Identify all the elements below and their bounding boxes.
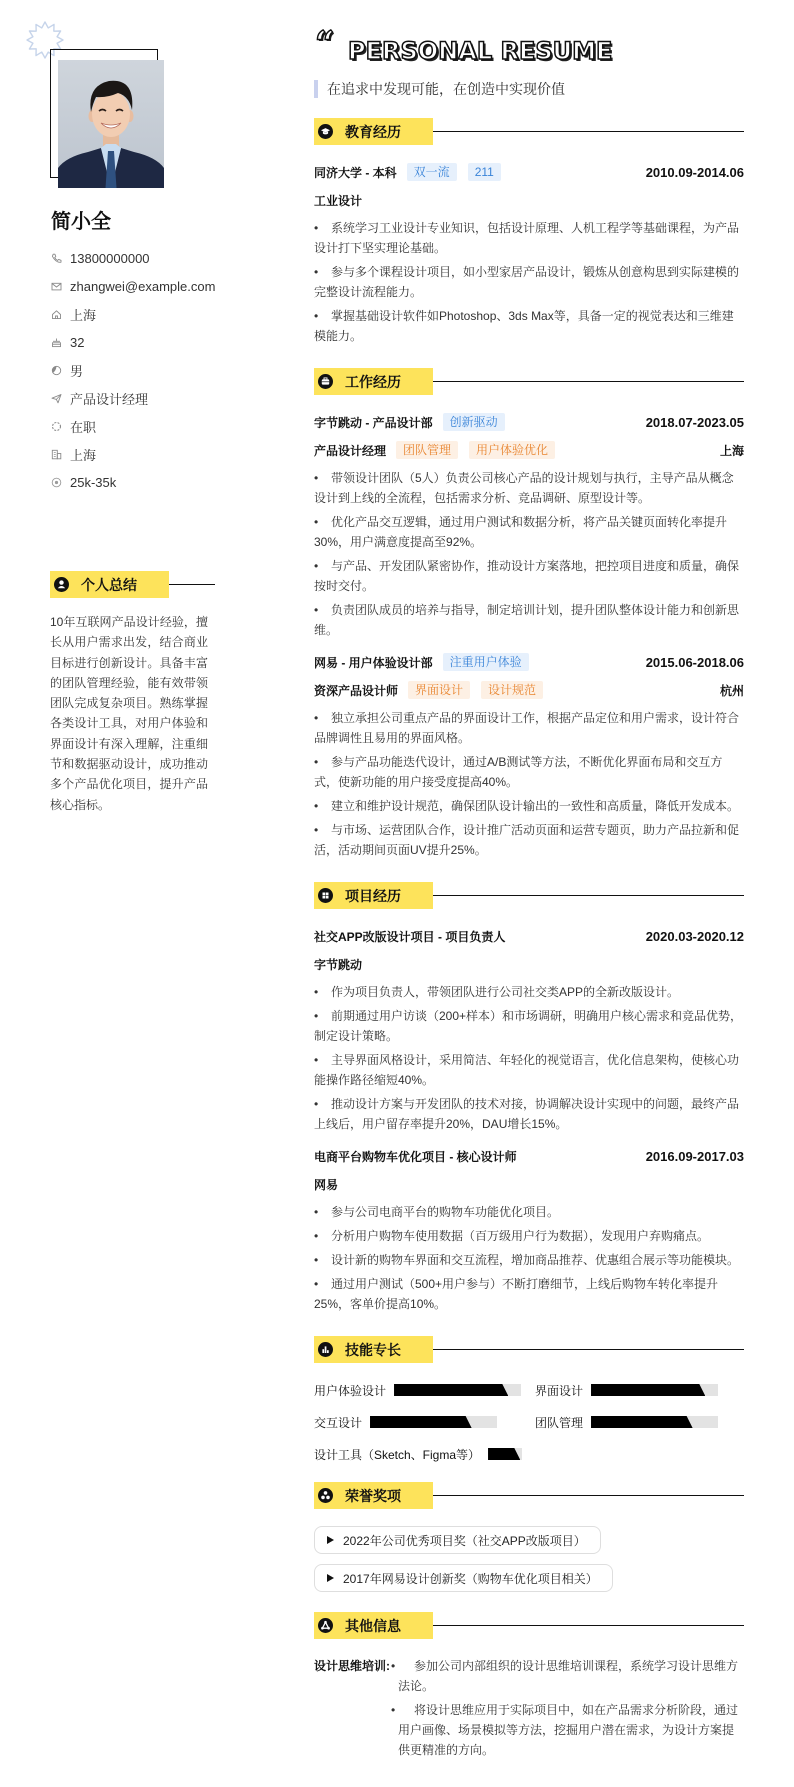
bullet-text: 前期通过用户访谈（200+样本）和市场调研，明确用户核心需求和竞品优势，制定设计… bbox=[314, 1009, 742, 1043]
candidate-name: 简小全 bbox=[51, 210, 111, 234]
contact-value: 上海 bbox=[70, 305, 96, 324]
skill-bar-fill bbox=[370, 1416, 472, 1428]
skill-bar bbox=[591, 1416, 718, 1428]
project-entry: 电商平台购物车优化项目 - 核心设计师 2016.09-2017.03 网易 •… bbox=[314, 1146, 744, 1314]
entry-sub-row: 工业设计 bbox=[314, 190, 744, 210]
section-header: 教育经历 bbox=[314, 118, 744, 145]
bullet-dot: • bbox=[314, 468, 331, 488]
award-icon bbox=[318, 1488, 333, 1503]
section-title: 个人总结 bbox=[81, 575, 137, 595]
section-title-box: 其他信息 bbox=[314, 1612, 433, 1639]
section-title: 工作经历 bbox=[345, 372, 401, 392]
section-title-box: 技能专长 bbox=[314, 1336, 433, 1363]
contact-hometown: 上海 bbox=[51, 300, 221, 328]
bullet-item: •作为项目负责人，带领团队进行公司社交类APP的全新改版设计。 bbox=[314, 982, 744, 1002]
contact-list: 13800000000 zhangwei@example.com 上海 32 男… bbox=[51, 244, 221, 496]
section-header: 个人总结 bbox=[50, 571, 215, 598]
bullet-dot: • bbox=[314, 262, 331, 282]
bullet-dot: • bbox=[314, 1226, 331, 1246]
bullet-text: 参与产品功能迭代设计，通过A/B测试等方法，不断优化界面布局和交互方式，使新功能… bbox=[314, 755, 722, 789]
skill-item: 团队管理 bbox=[535, 1412, 744, 1432]
school-tag: 211 bbox=[468, 163, 501, 181]
section-title: 项目经历 bbox=[345, 886, 401, 906]
bullet-dot: • bbox=[314, 820, 331, 840]
salary-icon bbox=[51, 477, 62, 488]
contact-job-intention: 产品设计经理 bbox=[51, 384, 221, 412]
bullet-dot: • bbox=[314, 1202, 331, 1222]
bullet-dot: • bbox=[314, 306, 331, 326]
honors-section: 荣誉奖项 2022年公司优秀项目奖（社交APP改版项目） 2017年网易设计创新… bbox=[314, 1482, 744, 1592]
summary-section: 个人总结 10年互联网产品设计经验，擅长从用户需求出发，结合商业目标进行创新设计… bbox=[50, 571, 215, 815]
bullet-text: 参与公司电商平台的购物车功能优化项目。 bbox=[331, 1205, 559, 1219]
bullet-item: •参加公司内部组织的设计思维培训课程，系统学习设计思维方法论。 bbox=[398, 1656, 742, 1696]
main-column: 教育经历 同济大学 - 本科 双一流 211 2010.09-2014.06 工… bbox=[314, 118, 744, 1764]
section-title-box: 荣誉奖项 bbox=[314, 1482, 433, 1509]
section-header: 工作经历 bbox=[314, 368, 744, 395]
position-tag: 用户体验优化 bbox=[469, 441, 555, 459]
contact-value: zhangwei@example.com bbox=[70, 279, 215, 294]
entry-date: 2020.03-2020.12 bbox=[646, 929, 744, 944]
entry-sub-row: 字节跳动 bbox=[314, 954, 744, 974]
skill-name: 设计工具（Sketch、Figma等） bbox=[314, 1446, 480, 1463]
bullet-dot: • bbox=[391, 1700, 414, 1720]
contact-age: 32 bbox=[51, 328, 221, 356]
skill-name: 界面设计 bbox=[535, 1382, 583, 1399]
contact-city: 上海 bbox=[51, 440, 221, 468]
bullet-dot: • bbox=[314, 1006, 331, 1026]
section-divider bbox=[433, 1349, 744, 1350]
education-section: 教育经历 同济大学 - 本科 双一流 211 2010.09-2014.06 工… bbox=[314, 118, 744, 346]
entry-header-row: 电商平台购物车优化项目 - 核心设计师 2016.09-2017.03 bbox=[314, 1146, 744, 1166]
section-header: 其他信息 bbox=[314, 1612, 744, 1639]
bullet-dot: • bbox=[314, 600, 331, 620]
entry-date: 2016.09-2017.03 bbox=[646, 1149, 744, 1164]
bullet-item: •前期通过用户访谈（200+样本）和市场调研，明确用户核心需求和竞品优势，制定设… bbox=[314, 1006, 744, 1046]
entry-date: 2010.09-2014.06 bbox=[646, 165, 744, 180]
entry-header-left: 网易 - 用户体验设计部 注重用户体验 bbox=[314, 653, 529, 671]
section-divider bbox=[433, 1625, 744, 1626]
bullet-list: •参与公司电商平台的购物车功能优化项目。 •分析用户购物车使用数据（百万级用户行… bbox=[314, 1202, 744, 1314]
bullet-item: •优化产品交互逻辑，通过用户测试和数据分析，将产品关键页面转化率提升30%，用户… bbox=[314, 512, 744, 552]
entry-date: 2018.07-2023.05 bbox=[646, 415, 744, 430]
contact-gender: 男 bbox=[51, 356, 221, 384]
bullet-dot: • bbox=[314, 752, 331, 772]
bullet-dot: • bbox=[314, 512, 331, 532]
section-title: 教育经历 bbox=[345, 122, 401, 142]
award-item[interactable]: 2022年公司优秀项目奖（社交APP改版项目） bbox=[314, 1526, 601, 1554]
skill-item: 用户体验设计 bbox=[314, 1380, 522, 1400]
home-icon bbox=[51, 309, 62, 320]
bullet-item: •独立承担公司重点产品的界面设计工作，根据产品定位和用户需求，设计符合品牌调性且… bbox=[314, 708, 744, 748]
expand-triangle-icon[interactable] bbox=[327, 1536, 334, 1544]
section-title: 荣誉奖项 bbox=[345, 1486, 401, 1506]
project-company: 网易 bbox=[314, 1176, 338, 1193]
user-icon bbox=[54, 577, 69, 592]
bullet-text: 参与多个课程设计项目，如小型家居产品设计，锻炼从创意构思到实际建模的完整设计流程… bbox=[314, 265, 739, 299]
bullet-text: 带领设计团队（5人）负责公司核心产品的设计规划与执行，主导产品从概念设计到上线的… bbox=[314, 471, 734, 505]
contact-value: 25k-35k bbox=[70, 475, 116, 490]
work-location: 上海 bbox=[720, 442, 744, 459]
entry-header-row: 同济大学 - 本科 双一流 211 2010.09-2014.06 bbox=[314, 162, 744, 182]
section-divider bbox=[433, 1495, 744, 1496]
section-title-box: 项目经历 bbox=[314, 882, 433, 909]
bullet-dot: • bbox=[314, 218, 331, 238]
company-name: 字节跳动 - 产品设计部 bbox=[314, 414, 433, 431]
summary-text: 10年互联网产品设计经验，擅长从用户需求出发，结合商业目标进行创新设计。具备丰富… bbox=[50, 612, 208, 815]
skill-item: 界面设计 bbox=[535, 1380, 744, 1400]
entry-date: 2015.06-2018.06 bbox=[646, 655, 744, 670]
entry-sub-left: 产品设计经理 团队管理 用户体验优化 bbox=[314, 441, 555, 459]
bullet-list: •系统学习工业设计专业知识，包括设计原理、人机工程学等基础课程，为产品设计打下坚… bbox=[314, 218, 744, 346]
entry-sub-row: 产品设计经理 团队管理 用户体验优化 上海 bbox=[314, 440, 744, 460]
section-body: 社交APP改版设计项目 - 项目负责人 2020.03-2020.12 字节跳动… bbox=[314, 926, 744, 1314]
bullet-dot: • bbox=[314, 1094, 331, 1114]
bullet-dot: • bbox=[314, 708, 331, 728]
bullet-text: 推动设计方案与开发团队的技术对接，协调解决设计实现中的问题，最终产品上线后，用户… bbox=[314, 1097, 739, 1131]
entry-sub-row: 资深产品设计师 界面设计 设计规范 杭州 bbox=[314, 680, 744, 700]
skills-grid: 用户体验设计 界面设计 交互设计 团队管理 设计工具（Sketch、Figma等… bbox=[314, 1380, 744, 1464]
bullet-dot: • bbox=[314, 982, 331, 1002]
skill-name: 用户体验设计 bbox=[314, 1382, 386, 1399]
phone-icon bbox=[51, 253, 62, 264]
company-tag: 注重用户体验 bbox=[443, 653, 529, 671]
bullet-text: 系统学习工业设计专业知识，包括设计原理、人机工程学等基础课程，为产品设计打下坚实… bbox=[314, 221, 739, 255]
section-body: 同济大学 - 本科 双一流 211 2010.09-2014.06 工业设计 •… bbox=[314, 162, 744, 346]
bullet-dot: • bbox=[314, 1250, 331, 1270]
school-name: 同济大学 - 本科 bbox=[314, 164, 397, 181]
bullet-text: 作为项目负责人，带领团队进行公司社交类APP的全新改版设计。 bbox=[331, 985, 679, 999]
bullet-list: •作为项目负责人，带领团队进行公司社交类APP的全新改版设计。 •前期通过用户访… bbox=[314, 982, 744, 1134]
profile-photo bbox=[58, 60, 164, 188]
projects-section: 项目经历 社交APP改版设计项目 - 项目负责人 2020.03-2020.12… bbox=[314, 882, 744, 1314]
skill-bar bbox=[591, 1384, 718, 1396]
company-name: 网易 - 用户体验设计部 bbox=[314, 654, 433, 671]
expand-triangle-icon[interactable] bbox=[327, 1574, 334, 1582]
send-icon bbox=[51, 393, 62, 404]
graduation-cap-icon bbox=[318, 124, 333, 139]
section-divider bbox=[433, 381, 744, 382]
bullet-text: 优化产品交互逻辑，通过用户测试和数据分析，将产品关键页面转化率提升30%，用户满… bbox=[314, 515, 727, 549]
work-entry: 网易 - 用户体验设计部 注重用户体验 2015.06-2018.06 资深产品… bbox=[314, 652, 744, 860]
gender-icon bbox=[51, 365, 62, 376]
section-divider bbox=[433, 895, 744, 896]
section-divider bbox=[433, 131, 744, 132]
bullet-item: •参与多个课程设计项目，如小型家居产品设计，锻炼从创意构思到实际建模的完整设计流… bbox=[314, 262, 744, 302]
position-name: 产品设计经理 bbox=[314, 442, 386, 459]
bullet-list: •参加公司内部组织的设计思维培训课程，系统学习设计思维方法论。 •将设计思维应用… bbox=[398, 1656, 742, 1764]
bullet-text: 独立承担公司重点产品的界面设计工作，根据产品定位和用户需求，设计符合品牌调性且易… bbox=[314, 711, 739, 745]
bullet-item: •推动设计方案与开发团队的技术对接，协调解决设计实现中的问题，最终产品上线后，用… bbox=[314, 1094, 744, 1134]
building-icon bbox=[51, 449, 62, 460]
contact-status: 在职 bbox=[51, 412, 221, 440]
section-title-box: 工作经历 bbox=[314, 368, 433, 395]
project-name: 电商平台购物车优化项目 - 核心设计师 bbox=[314, 1148, 517, 1165]
bullet-item: •主导界面风格设计，采用简洁、年轻化的视觉语言，优化信息架构，使核心功能操作路径… bbox=[314, 1050, 744, 1090]
entry-header-left: 字节跳动 - 产品设计部 创新驱动 bbox=[314, 413, 505, 431]
bullet-item: •设计新的购物车界面和交互流程，增加商品推荐、优惠组合展示等功能模块。 bbox=[314, 1250, 744, 1270]
skill-bar-fill bbox=[394, 1384, 508, 1396]
bullet-dot: • bbox=[314, 1050, 331, 1070]
grid-icon bbox=[318, 888, 333, 903]
bar-chart-icon bbox=[318, 1342, 333, 1357]
skill-bar-fill bbox=[488, 1448, 520, 1460]
project-entry: 社交APP改版设计项目 - 项目负责人 2020.03-2020.12 字节跳动… bbox=[314, 926, 744, 1134]
work-location: 杭州 bbox=[720, 682, 744, 699]
section-header: 技能专长 bbox=[314, 1336, 744, 1363]
skill-name: 交互设计 bbox=[314, 1414, 362, 1431]
entry-sub-row: 网易 bbox=[314, 1174, 744, 1194]
entry-header-row: 社交APP改版设计项目 - 项目负责人 2020.03-2020.12 bbox=[314, 926, 744, 946]
position-tag: 设计规范 bbox=[481, 681, 543, 699]
entry-header-left: 同济大学 - 本科 双一流 211 bbox=[314, 163, 501, 181]
bullet-item: •参与公司电商平台的购物车功能优化项目。 bbox=[314, 1202, 744, 1222]
bullet-text: 参加公司内部组织的设计思维培训课程，系统学习设计思维方法论。 bbox=[398, 1659, 738, 1693]
work-entry: 字节跳动 - 产品设计部 创新驱动 2018.07-2023.05 产品设计经理… bbox=[314, 412, 744, 640]
work-section: 工作经历 字节跳动 - 产品设计部 创新驱动 2018.07-2023.05 产… bbox=[314, 368, 744, 860]
other-info-item: 设计思维培训: •参加公司内部组织的设计思维培训课程，系统学习设计思维方法论。 … bbox=[314, 1656, 744, 1764]
position-tag: 界面设计 bbox=[408, 681, 470, 699]
bullet-text: 掌握基础设计软件如Photoshop、3ds Max等，具备一定的视觉表达和三维… bbox=[314, 309, 734, 343]
bullet-text: 主导界面风格设计，采用简洁、年轻化的视觉语言，优化信息架构，使核心功能操作路径缩… bbox=[314, 1053, 739, 1087]
bullet-item: •与产品、开发团队紧密协作，推动设计方案落地，把控项目进度和质量，确保按时交付。 bbox=[314, 556, 744, 596]
bullet-text: 建立和维护设计规范，确保团队设计输出的一致性和高质量，降低开发成本。 bbox=[331, 799, 739, 813]
cake-icon bbox=[51, 337, 62, 348]
resume-subtitle: 在追求中发现可能，在创造中实现价值 bbox=[314, 80, 565, 98]
position-name: 资深产品设计师 bbox=[314, 682, 398, 699]
section-divider bbox=[169, 584, 215, 585]
contact-value: 男 bbox=[70, 361, 83, 380]
school-tag: 双一流 bbox=[407, 163, 457, 181]
bullet-text: 负责团队成员的培养与指导，制定培训计划，提升团队整体设计能力和创新思维。 bbox=[314, 603, 739, 637]
bullet-text: 与市场、运营团队合作，设计推广活动页面和运营专题页，助力产品拉新和促活，活动期间… bbox=[314, 823, 739, 857]
bullet-dot: • bbox=[391, 1656, 414, 1676]
skill-item: 交互设计 bbox=[314, 1412, 522, 1432]
skill-bar bbox=[488, 1448, 522, 1460]
bullet-item: •负责团队成员的培养与指导，制定培训计划，提升团队整体设计能力和创新思维。 bbox=[314, 600, 744, 640]
major-name: 工业设计 bbox=[314, 192, 362, 209]
section-title-box: 教育经历 bbox=[314, 118, 433, 145]
project-name: 社交APP改版设计项目 - 项目负责人 bbox=[314, 928, 505, 945]
skill-bar bbox=[394, 1384, 521, 1396]
briefcase-icon bbox=[318, 374, 333, 389]
mail-icon bbox=[51, 281, 62, 292]
award-text: 2022年公司优秀项目奖（社交APP改版项目） bbox=[343, 1532, 586, 1549]
skill-name: 团队管理 bbox=[535, 1414, 583, 1431]
skill-bar-fill bbox=[591, 1416, 693, 1428]
contact-value: 上海 bbox=[70, 445, 96, 464]
bullet-item: •建立和维护设计规范，确保团队设计输出的一致性和高质量，降低开发成本。 bbox=[314, 796, 744, 816]
section-title-box: 个人总结 bbox=[50, 571, 169, 598]
entry-header-row: 网易 - 用户体验设计部 注重用户体验 2015.06-2018.06 bbox=[314, 652, 744, 672]
bullet-item: •将设计思维应用于实际项目中，如在产品需求分析阶段，通过用户画像、场景模拟等方法… bbox=[398, 1700, 742, 1760]
resume-title: PERSONAL RESUME bbox=[348, 36, 612, 66]
contact-value: 13800000000 bbox=[70, 251, 150, 266]
project-company: 字节跳动 bbox=[314, 956, 362, 973]
contact-email: zhangwei@example.com bbox=[51, 272, 221, 300]
bullet-list: •带领设计团队（5人）负责公司核心产品的设计规划与执行，主导产品从概念设计到上线… bbox=[314, 468, 744, 640]
bullet-item: •与市场、运营团队合作，设计推广活动页面和运营专题页，助力产品拉新和促活，活动期… bbox=[314, 820, 744, 860]
skill-item: 设计工具（Sketch、Figma等） bbox=[314, 1444, 522, 1464]
bullet-dot: • bbox=[314, 1274, 331, 1294]
skills-section: 技能专长 用户体验设计 界面设计 交互设计 团队管理 设计工具（Sketc bbox=[314, 1336, 744, 1464]
bullet-list: •独立承担公司重点产品的界面设计工作，根据产品定位和用户需求，设计符合品牌调性且… bbox=[314, 708, 744, 860]
status-icon bbox=[51, 421, 62, 432]
contact-value: 产品设计经理 bbox=[70, 389, 148, 408]
contact-salary: 25k-35k bbox=[51, 468, 221, 496]
section-body: 2022年公司优秀项目奖（社交APP改版项目） 2017年网易设计创新奖（购物车… bbox=[314, 1526, 744, 1592]
section-header: 项目经历 bbox=[314, 882, 744, 909]
contact-value: 32 bbox=[70, 335, 84, 350]
section-title: 技能专长 bbox=[345, 1340, 401, 1360]
bullet-item: •系统学习工业设计专业知识，包括设计原理、人机工程学等基础课程，为产品设计打下坚… bbox=[314, 218, 744, 258]
section-body: 设计思维培训: •参加公司内部组织的设计思维培训课程，系统学习设计思维方法论。 … bbox=[314, 1656, 744, 1764]
bullet-dot: • bbox=[314, 556, 331, 576]
contact-value: 在职 bbox=[70, 417, 96, 436]
bullet-item: •带领设计团队（5人）负责公司核心产品的设计规划与执行，主导产品从概念设计到上线… bbox=[314, 468, 744, 508]
section-body: 字节跳动 - 产品设计部 创新驱动 2018.07-2023.05 产品设计经理… bbox=[314, 412, 744, 860]
education-entry: 同济大学 - 本科 双一流 211 2010.09-2014.06 工业设计 •… bbox=[314, 162, 744, 346]
award-text: 2017年网易设计创新奖（购物车优化项目相关） bbox=[343, 1570, 598, 1587]
bullet-text: 通过用户测试（500+用户参与）不断打磨细节，上线后购物车转化率提升25%，客单… bbox=[314, 1277, 718, 1311]
position-tag: 团队管理 bbox=[396, 441, 458, 459]
other-info-label: 设计思维培训: bbox=[314, 1656, 398, 1764]
triangle-nodes-icon bbox=[318, 1618, 333, 1633]
section-header: 荣誉奖项 bbox=[314, 1482, 744, 1509]
bullet-text: 设计新的购物车界面和交互流程，增加商品推荐、优惠组合展示等功能模块。 bbox=[331, 1253, 739, 1267]
section-title: 其他信息 bbox=[345, 1616, 401, 1636]
bullet-item: •参与产品功能迭代设计，通过A/B测试等方法，不断优化界面布局和交互方式，使新功… bbox=[314, 752, 744, 792]
company-tag: 创新驱动 bbox=[443, 413, 505, 431]
bullet-item: •通过用户测试（500+用户参与）不断打磨细节，上线后购物车转化率提升25%，客… bbox=[314, 1274, 744, 1314]
entry-header-row: 字节跳动 - 产品设计部 创新驱动 2018.07-2023.05 bbox=[314, 412, 744, 432]
contact-phone: 13800000000 bbox=[51, 244, 221, 272]
bullet-item: •分析用户购物车使用数据（百万级用户行为数据），发现用户弃购痛点。 bbox=[314, 1226, 744, 1246]
entry-sub-left: 资深产品设计师 界面设计 设计规范 bbox=[314, 681, 543, 699]
bullet-text: 与产品、开发团队紧密协作，推动设计方案落地，把控项目进度和质量，确保按时交付。 bbox=[314, 559, 739, 593]
quote-mark: “ bbox=[315, 27, 335, 61]
bullet-dot: • bbox=[314, 796, 331, 816]
bullet-text: 将设计思维应用于实际项目中，如在产品需求分析阶段，通过用户画像、场景模拟等方法，… bbox=[398, 1703, 738, 1757]
skill-bar bbox=[370, 1416, 497, 1428]
bullet-text: 分析用户购物车使用数据（百万级用户行为数据），发现用户弃购痛点。 bbox=[331, 1229, 709, 1243]
other-info-section: 其他信息 设计思维培训: •参加公司内部组织的设计思维培训课程，系统学习设计思维… bbox=[314, 1612, 744, 1764]
bullet-item: •掌握基础设计软件如Photoshop、3ds Max等，具备一定的视觉表达和三… bbox=[314, 306, 744, 346]
award-item[interactable]: 2017年网易设计创新奖（购物车优化项目相关） bbox=[314, 1564, 613, 1592]
skill-bar-fill bbox=[591, 1384, 705, 1396]
